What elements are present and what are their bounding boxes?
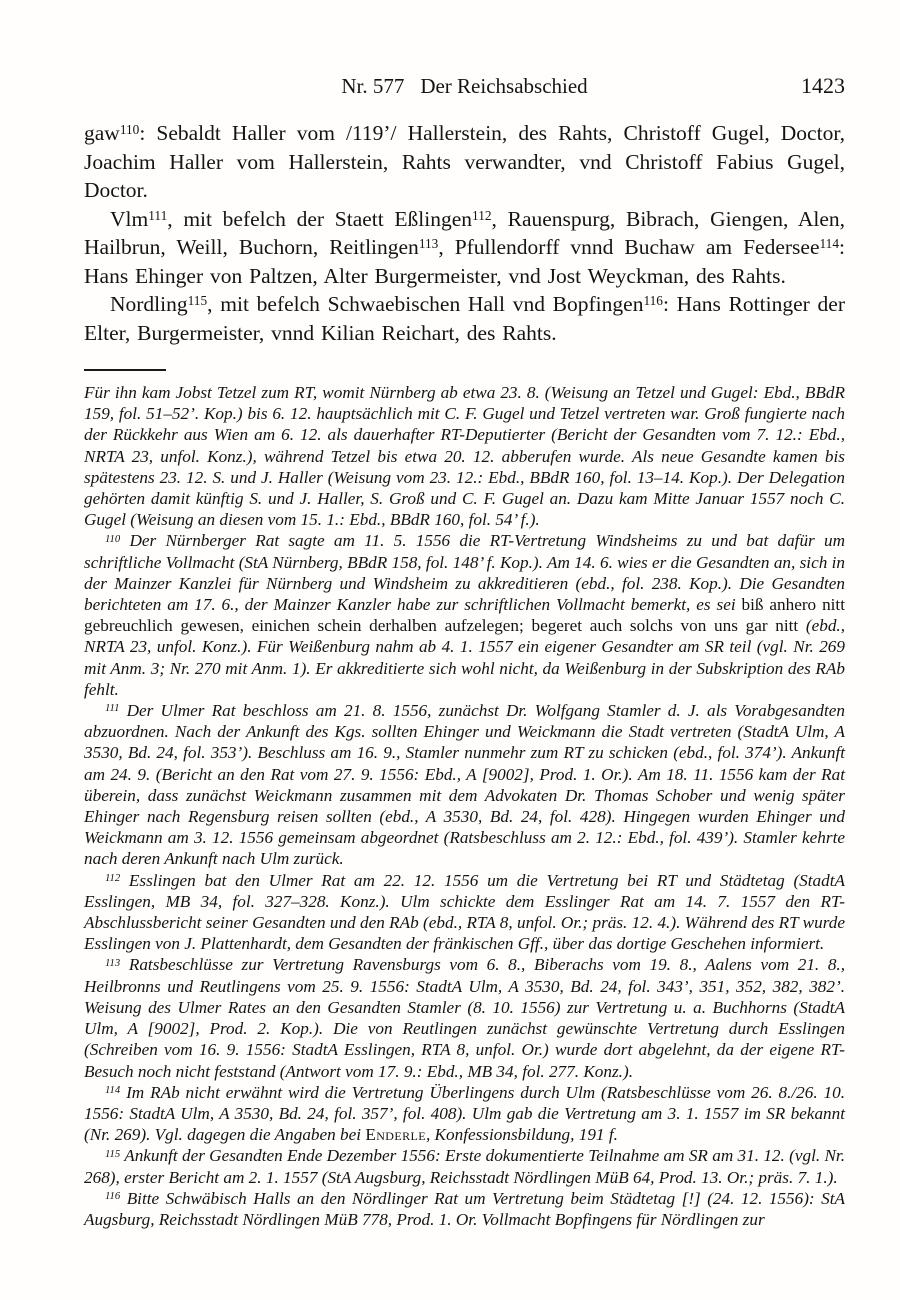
footnote-separator	[84, 369, 166, 371]
footnote-marker: 113	[419, 236, 439, 251]
footnote-116: 116 Bitte Schwäbisch Halls an den Nördli…	[84, 1188, 845, 1230]
footnote-marker: 110	[120, 122, 140, 137]
text-run: Esslingen bat den Ulmer Rat am 22. 12. 1…	[84, 871, 845, 954]
footnote-number: 113	[105, 958, 120, 969]
text-run: Vlm	[110, 207, 148, 231]
text-run: Nordling	[110, 292, 188, 316]
footnote-113: 113 Ratsbeschlüsse zur Vertretung Ravens…	[84, 954, 845, 1081]
footnote-111: 111 Der Ulmer Rat beschloss am 21. 8. 15…	[84, 700, 845, 870]
text-run: Bitte Schwäbisch Halls an den Nördlinger…	[84, 1189, 845, 1229]
footnote-marker: 116	[643, 293, 663, 308]
text-run: Für ihn kam Jobst Tetzel zum RT, womit N…	[84, 383, 845, 529]
footnotes-block: Für ihn kam Jobst Tetzel zum RT, womit N…	[84, 382, 845, 1230]
document-number: Nr. 577	[341, 74, 404, 98]
footnote-115: 115 Ankunft der Gesandten Ende Dezember …	[84, 1145, 845, 1187]
footnote-number: 111	[105, 703, 119, 714]
text-run: , Pfullendorff vnnd Buchaw am Federsee	[438, 235, 819, 259]
footnote-number: 110	[105, 534, 120, 545]
footnote-114: 114 Im RAb nicht erwähnt wird die Vertre…	[84, 1082, 845, 1146]
paragraph: Nordling115, mit befelch Schwaebischen H…	[84, 290, 845, 347]
footnote-number: 112	[105, 873, 120, 884]
text-run: , mit befelch der Staett Eßlingen	[167, 207, 472, 231]
running-header: Nr. 577Der Reichsabschied 1423	[84, 72, 845, 100]
text-run: Der Nürnberger Rat sagte am 11. 5. 1556 …	[84, 531, 845, 614]
footnote-marker: 112	[472, 208, 492, 223]
text-run: Ankunft der Gesandten Ende Dezember 1556…	[84, 1146, 845, 1186]
text-run: : Sebaldt Haller vom /119’/ Hallerstein,…	[84, 121, 845, 202]
text-run: , Konfessionsbildung, 191 f.	[426, 1125, 618, 1144]
text-run: Ratsbeschlüsse zur Vertretung Ravensburg…	[84, 955, 845, 1080]
document-title: Der Reichsabschied	[420, 74, 587, 98]
footnote-marker: 111	[148, 208, 167, 223]
paragraph: gaw110: Sebaldt Haller vom /119’/ Haller…	[84, 119, 845, 205]
footnote-112: 112 Esslingen bat den Ulmer Rat am 22. 1…	[84, 870, 845, 955]
text-run: gaw	[84, 121, 120, 145]
book-page: Nr. 577Der Reichsabschied 1423 gaw110: S…	[0, 0, 900, 1300]
footnote-number: 116	[105, 1191, 120, 1202]
text-run: Der Ulmer Rat beschloss am 21. 8. 1556, …	[84, 701, 845, 868]
paragraph: Vlm111, mit befelch der Staett Eßlingen1…	[84, 205, 845, 291]
footnote-number: 114	[105, 1085, 120, 1096]
footnote-marker: 114	[820, 236, 840, 251]
main-text: gaw110: Sebaldt Haller vom /119’/ Haller…	[84, 119, 845, 347]
text-run: Enderle	[365, 1125, 426, 1144]
footnote-110: 110 Der Nürnberger Rat sagte am 11. 5. 1…	[84, 530, 845, 700]
page-number: 1423	[801, 72, 845, 100]
footnote-continuation: Für ihn kam Jobst Tetzel zum RT, womit N…	[84, 382, 845, 530]
header-title-group: Nr. 577Der Reichsabschied	[84, 72, 845, 100]
footnote-number: 115	[105, 1149, 120, 1160]
text-run: , mit befelch Schwaebischen Hall vnd Bop…	[207, 292, 643, 316]
footnote-marker: 115	[188, 293, 208, 308]
